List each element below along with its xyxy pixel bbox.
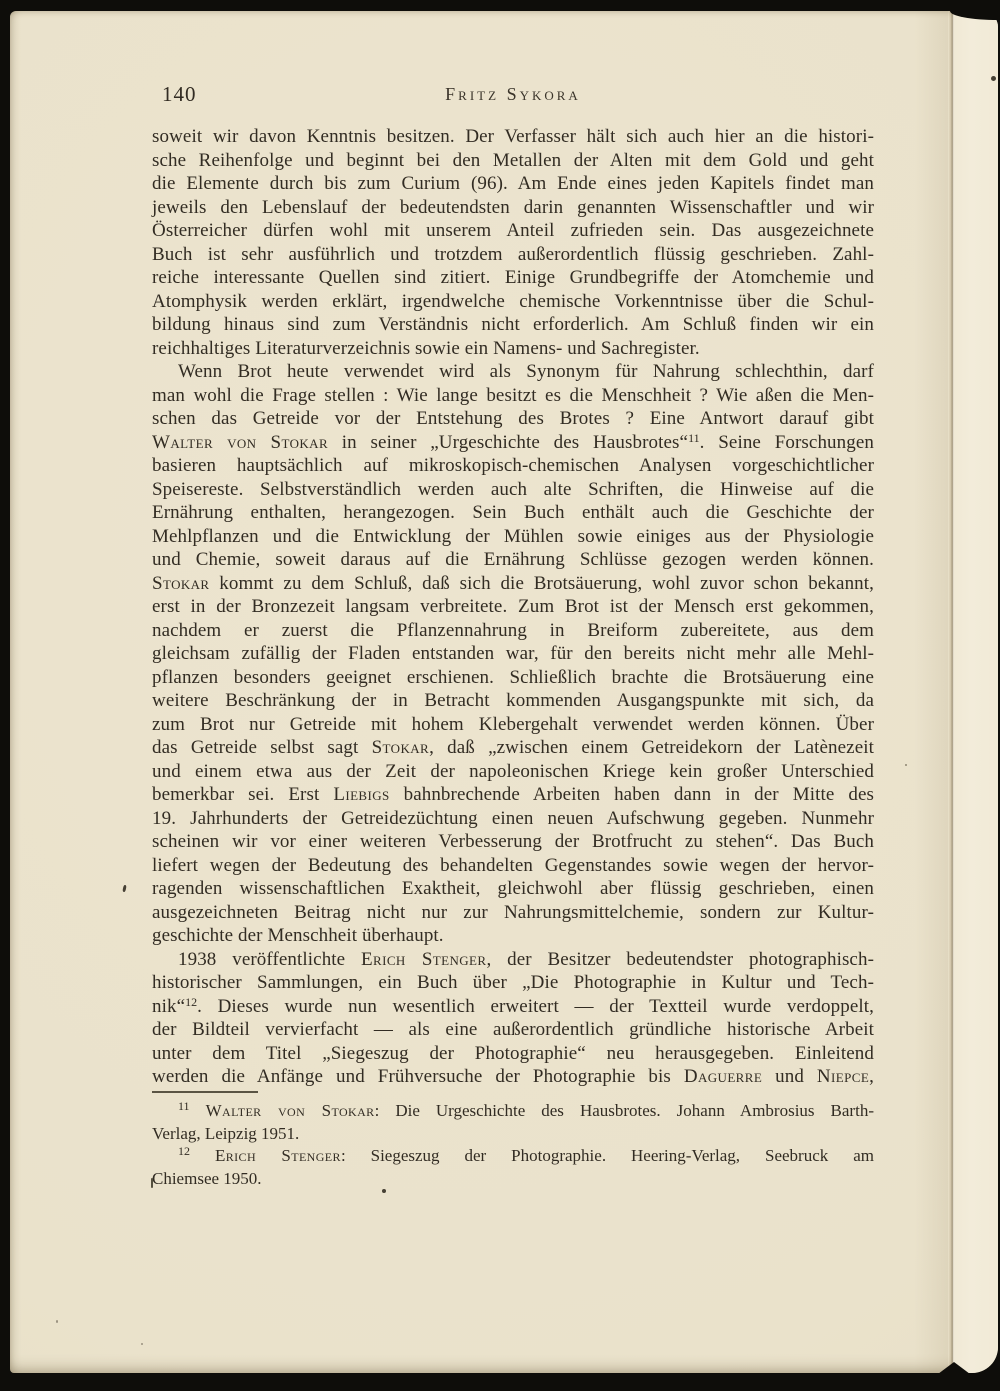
text-line: man wohl die Frage stellen : Wie lange b… <box>152 384 874 408</box>
text-run: der Bildteil vervierfacht — als eine auß… <box>152 1019 874 1040</box>
text-line: schen das Getreide vor der Entstehung de… <box>152 407 874 431</box>
small-caps-name: Niepce <box>817 1066 869 1087</box>
footnote-line: 11 Walter von Stokar: Die Urgeschichte d… <box>152 1100 874 1123</box>
text-run: geschichte der Menschheit überhaupt. <box>152 925 444 946</box>
text-run: Chiemsee 1950. <box>152 1169 262 1188</box>
footnote: 12 Erich Stenger: Siegeszug der Photogra… <box>152 1145 874 1190</box>
text-line: Speisereste. Selbstverständlich werden a… <box>152 478 874 502</box>
text-run: 19. Jahrhunderts der Getreidezüchtung ei… <box>152 808 874 829</box>
text-line: jeweils den Lebenslauf der bedeutendsten… <box>152 196 874 220</box>
paragraph: 1938 veröffentlichte Erich Stenger, der … <box>152 948 874 1089</box>
page-crease-shadow <box>914 11 948 1373</box>
text-run: historischer Sammlungen, ein Buch über „… <box>152 972 874 993</box>
footnote-separator-rule <box>152 1091 258 1093</box>
small-caps-name: Erich Stenger <box>361 949 486 970</box>
small-caps-name: Stokar <box>372 737 430 758</box>
text-line: Ernährung enthalten, herangezogen. Sein … <box>152 501 874 525</box>
small-caps-name: Walter von Stokar <box>152 432 328 453</box>
text-line: Atomphysik werden erklärt, irgendwelche … <box>152 290 874 314</box>
text-line: werden die Anfänge und Frühversuche der … <box>152 1065 874 1089</box>
text-run: kommt zu dem Schluß, daß sich die Brotsä… <box>210 573 874 594</box>
text-run: pflanzen besonders geeignet erschienen. … <box>152 667 874 688</box>
text-run: , daß „zwischen einem Getreidekorn der L… <box>429 737 874 758</box>
footnote-ref: 12 <box>185 995 197 1009</box>
footnote-ref: 11 <box>178 1099 190 1113</box>
text-line: bildung hinaus sind zum Verständnis nich… <box>152 313 874 337</box>
footnotes: 11 Walter von Stokar: Die Urgeschichte d… <box>152 1100 874 1190</box>
text-run: unter dem Titel „Siegeszug der Photograp… <box>152 1043 874 1064</box>
text-run: bahnbrechende Arbeiten haben dann in der… <box>390 784 874 805</box>
text-run: das Getreide selbst sagt <box>152 737 372 758</box>
text-line: die Elemente durch bis zum Curium (96). … <box>152 172 874 196</box>
text-line: zum Brot nur Getreide mit hohem Kleberge… <box>152 713 874 737</box>
body-text: soweit wir davon Kenntnis besitzen. Der … <box>152 125 874 1089</box>
text-run: jeweils den Lebenslauf der bedeutendsten… <box>152 197 874 218</box>
text-run: . Dieses wurde nun wesentlich erweitert … <box>197 996 874 1017</box>
text-run: , <box>869 1066 874 1087</box>
text-run: : Die Urgeschichte des Hausbrotes. Johan… <box>375 1101 874 1120</box>
text-line: unter dem Titel „Siegeszug der Photograp… <box>152 1042 874 1066</box>
text-run: Verlag, Leipzig 1951. <box>152 1124 299 1143</box>
text-run: : Siegeszug der Photographie. Heering-Ve… <box>341 1146 874 1165</box>
text-run: bemerkbar sei. Erst <box>152 784 333 805</box>
text-line: soweit wir davon Kenntnis besitzen. Der … <box>152 125 874 149</box>
text-line: nik“12. Dieses wurde nun wesentlich erwe… <box>152 995 874 1019</box>
text-line: das Getreide selbst sagt Stokar, daß „zw… <box>152 736 874 760</box>
text-run: reiche interessante Quellen sind zitiert… <box>152 267 874 288</box>
text-line: ausgezeichneten Beitrag nicht nur zur Na… <box>152 901 874 925</box>
text-run: reichhaltiges Literaturverzeichnis sowie… <box>152 338 700 359</box>
text-line: 1938 veröffentlichte Erich Stenger, der … <box>152 948 874 972</box>
text-line: Wenn Brot heute verwendet wird als Synon… <box>152 360 874 384</box>
text-line: scheinen wir vor einer weiteren Verbesse… <box>152 830 874 854</box>
text-run: sche Reihenfolge und beginnt bei den Met… <box>152 150 874 171</box>
text-run: basieren hauptsächlich auf mikroskopisch… <box>152 455 874 476</box>
text-run: nik“ <box>152 996 185 1017</box>
text-line: historischer Sammlungen, ein Buch über „… <box>152 971 874 995</box>
footnote-ref: 12 <box>178 1144 190 1158</box>
small-caps-name: Daguerre <box>684 1066 762 1087</box>
small-caps-name: Liebigs <box>333 784 389 805</box>
text-line: Österreicher dürfen wohl mit unserem Ant… <box>152 219 874 243</box>
text-line: 19. Jahrhunderts der Getreidezüchtung ei… <box>152 807 874 831</box>
text-run: Speisereste. Selbstverständlich werden a… <box>152 479 874 500</box>
paragraph: Wenn Brot heute verwendet wird als Synon… <box>152 360 874 948</box>
text-run: scheinen wir vor einer weiteren Verbesse… <box>152 831 874 852</box>
text-run <box>190 1101 206 1120</box>
scan-speck <box>56 1320 58 1323</box>
running-header: Fritz Sykora <box>152 84 874 105</box>
scan-speck <box>141 1343 143 1345</box>
scan-speck <box>151 1178 153 1188</box>
text-line: liefert wegen der Bedeutung des behandel… <box>152 854 874 878</box>
footnote: 11 Walter von Stokar: Die Urgeschichte d… <box>152 1100 874 1145</box>
text-line: bemerkbar sei. Erst Liebigs bahnbrechend… <box>152 783 874 807</box>
photo-bottom-notch <box>938 1362 970 1374</box>
text-run: weitere Beschränkung der in Betracht kom… <box>152 690 874 711</box>
text-run: Mehlpflanzen und die Entwicklung der Müh… <box>152 526 874 547</box>
text-run: man wohl die Frage stellen : Wie lange b… <box>152 385 874 406</box>
text-line: ragenden wissenschaftlichen Exaktheit, g… <box>152 877 874 901</box>
small-caps-name: Erich Stenger <box>215 1146 341 1165</box>
text-line: und einem etwa aus der Zeit der napoleon… <box>152 760 874 784</box>
scan-speck <box>905 764 907 766</box>
text-run: Buch ist sehr ausführlich und trotzdem a… <box>152 244 874 265</box>
text-line: Stokar kommt zu dem Schluß, daß sich die… <box>152 572 874 596</box>
text-line: basieren hauptsächlich auf mikroskopisch… <box>152 454 874 478</box>
text-run <box>190 1146 215 1165</box>
scanned-book-page-photo: 140 Fritz Sykora soweit wir davon Kenntn… <box>0 0 1000 1391</box>
text-run: und <box>762 1066 817 1087</box>
small-caps-name: Stokar <box>152 573 210 594</box>
text-run: . Seine Forschungen <box>700 432 874 453</box>
text-run: ragenden wissenschaftlichen Exaktheit, g… <box>152 878 874 899</box>
text-run: ausgezeichneten Beitrag nicht nur zur Na… <box>152 902 874 923</box>
text-line: gleichsam zufällig der Fladen entstanden… <box>152 642 874 666</box>
text-run: und Chemie, soweit daraus auf die Ernähr… <box>152 549 874 570</box>
paragraph: soweit wir davon Kenntnis besitzen. Der … <box>152 125 874 360</box>
scan-speck <box>382 1189 386 1193</box>
text-run: die Elemente durch bis zum Curium (96). … <box>152 173 874 194</box>
small-caps-name: Walter von Stokar <box>206 1101 375 1120</box>
text-line: sche Reihenfolge und beginnt bei den Met… <box>152 149 874 173</box>
text-run: Ernährung enthalten, herangezogen. Sein … <box>152 502 874 523</box>
text-run: 1938 veröffentlichte <box>178 949 361 970</box>
text-run: schen das Getreide vor der Entstehung de… <box>152 408 874 429</box>
text-run: nachdem er zuerst die Pflanzennahrung in… <box>152 620 874 641</box>
footnote-ref: 11 <box>688 431 700 445</box>
text-line: pflanzen besonders geeignet erschienen. … <box>152 666 874 690</box>
text-run: Wenn Brot heute verwendet wird als Synon… <box>178 361 874 382</box>
text-line: Buch ist sehr ausführlich und trotzdem a… <box>152 243 874 267</box>
text-line: Walter von Stokar in seiner „Urgeschicht… <box>152 431 874 455</box>
page-right-edge <box>953 11 998 1373</box>
text-run: Österreicher dürfen wohl mit unserem Ant… <box>152 220 874 241</box>
text-line: weitere Beschränkung der in Betracht kom… <box>152 689 874 713</box>
text-run: werden die Anfänge und Frühversuche der … <box>152 1066 684 1087</box>
text-line: reiche interessante Quellen sind zitiert… <box>152 266 874 290</box>
text-line: Mehlpflanzen und die Entwicklung der Müh… <box>152 525 874 549</box>
text-line: der Bildteil vervierfacht — als eine auß… <box>152 1018 874 1042</box>
text-run: liefert wegen der Bedeutung des behandel… <box>152 855 874 876</box>
scan-speck <box>991 76 996 81</box>
text-line: nachdem er zuerst die Pflanzennahrung in… <box>152 619 874 643</box>
text-run: gleichsam zufällig der Fladen entstanden… <box>152 643 874 664</box>
page-crease-line <box>948 11 954 1373</box>
text-line: erst in der Bronzezeit langsam verbreite… <box>152 595 874 619</box>
text-run: soweit wir davon Kenntnis besitzen. Der … <box>152 126 874 147</box>
footnote-line: 12 Erich Stenger: Siegeszug der Photogra… <box>152 1145 874 1168</box>
text-run: in seiner „Urgeschichte des Hausbrotes“ <box>328 432 688 453</box>
text-run: bildung hinaus sind zum Verständnis nich… <box>152 314 874 335</box>
text-run: erst in der Bronzezeit langsam verbreite… <box>152 596 874 617</box>
text-run: Atomphysik werden erklärt, irgendwelche … <box>152 291 874 312</box>
text-run: , der Besitzer bedeutendster photographi… <box>486 949 874 970</box>
text-run: und einem etwa aus der Zeit der napoleon… <box>152 761 874 782</box>
text-run: zum Brot nur Getreide mit hohem Kleberge… <box>152 714 874 735</box>
text-line: und Chemie, soweit daraus auf die Ernähr… <box>152 548 874 572</box>
